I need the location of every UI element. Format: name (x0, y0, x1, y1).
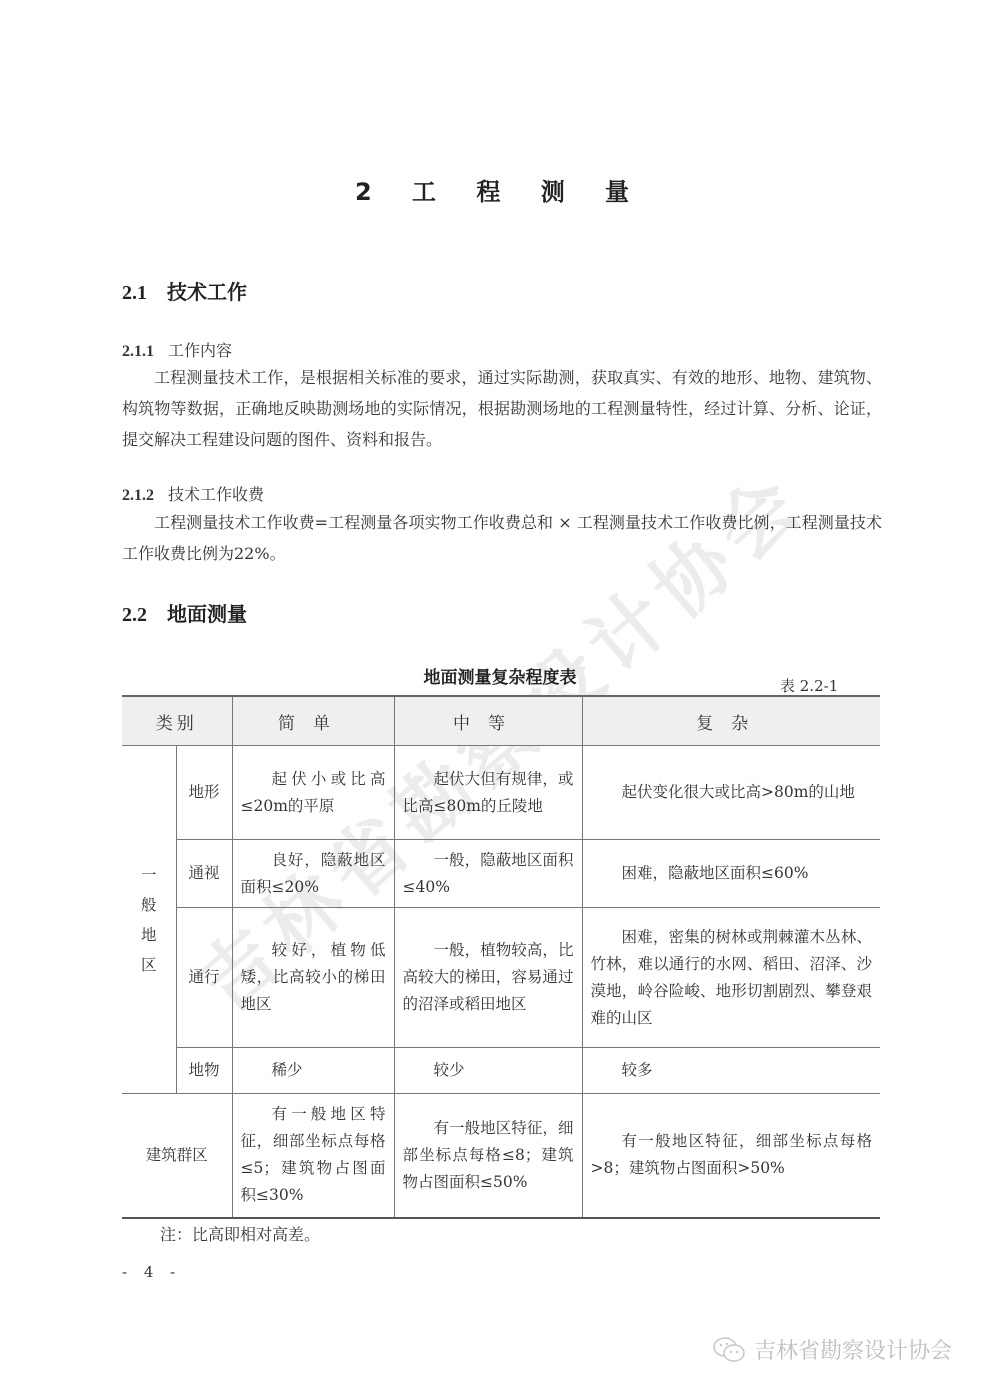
subsection-heading-2-1-1: 2.1.1工作内容 (122, 338, 232, 361)
cell-simple: 较好，植物低矮，比高较小的梯田地区 (232, 908, 394, 1048)
row-label-visibility: 通视 (176, 840, 232, 908)
footer-brand: 吉林省勘察设计协会 (712, 1334, 952, 1365)
table-row: 通视 良好，隐蔽地区面积≤20% 一般，隐蔽地区面积≤40% 困难，隐蔽地区面积… (122, 840, 880, 908)
wechat-icon (712, 1336, 746, 1364)
cell-complex: 困难，密集的树林或荆棘灌木丛林、竹林，难以通行的水网、稻田、沼泽、沙漠地，岭谷险… (582, 908, 880, 1048)
cell-simple: 良好，隐蔽地区面积≤20% (232, 840, 394, 908)
table-row: 一 般 地 区 地形 起伏小或比高≤20m的平原 起伏大但有规律，或比高≤80m… (122, 746, 880, 840)
cell-complex: 起伏变化很大或比高>80m的山地 (582, 746, 880, 840)
cell-medium: 有一般地区特征，细部坐标点每格≤8；建筑物占图面积≤50% (394, 1094, 582, 1218)
page-number: - 4 - (122, 1263, 181, 1281)
header-complex: 复杂 (582, 696, 880, 746)
header-simple: 简单 (232, 696, 394, 746)
table-number: 表 2.2-1 (780, 675, 838, 696)
table-row: 建筑群区 有一般地区特征，细部坐标点每格≤5；建筑物占图面积≤30% 有一般地区… (122, 1094, 880, 1218)
footer-brand-text: 吉林省勘察设计协会 (754, 1334, 952, 1365)
cell-medium: 起伏大但有规律，或比高≤80m的丘陵地 (394, 746, 582, 840)
table-row: 通行 较好，植物低矮，比高较小的梯田地区 一般，植物较高，比高较大的梯田，容易通… (122, 908, 880, 1048)
table-row: 地物 稀少 较少 较多 (122, 1048, 880, 1094)
row-label-passability: 通行 (176, 908, 232, 1048)
section-title: 地面测量 (167, 602, 247, 626)
cell-medium: 一般，隐蔽地区面积≤40% (394, 840, 582, 908)
section-heading-2-2: 2.2地面测量 (122, 598, 247, 627)
cell-medium: 一般，植物较高，比高较大的梯田，容易通过的沼泽或稻田地区 (394, 908, 582, 1048)
complexity-table: 类别 简单 中等 复杂 一 般 地 区 地形 起伏小或比高≤20m的平原 起伏大… (122, 695, 880, 1219)
group-general-area: 一 般 地 区 (122, 746, 176, 1094)
section-title: 技术工作 (167, 280, 247, 304)
section-number: 2.2 (122, 604, 147, 626)
cell-complex: 较多 (582, 1048, 880, 1094)
table-title: 地面测量复杂程度表 (0, 663, 1000, 688)
paragraph-fee: 工程测量技术工作收费=工程测量各项实物工作收费总和 × 工程测量技术工作收费比例… (122, 507, 882, 569)
table-header-row: 类别 简单 中等 复杂 (122, 696, 880, 746)
subsection-heading-2-1-2: 2.1.2技术工作收费 (122, 482, 264, 505)
subsection-title: 工作内容 (168, 341, 232, 360)
cell-simple: 稀少 (232, 1048, 394, 1094)
table-note: 注：比高即相对高差。 (160, 1222, 320, 1245)
section-heading-2-1: 2.1技术工作 (122, 276, 247, 305)
cell-complex: 困难，隐蔽地区面积≤60% (582, 840, 880, 908)
cell-complex: 有一般地区特征，细部坐标点每格>8；建筑物占图面积>50% (582, 1094, 880, 1218)
subsection-number: 2.1.2 (122, 487, 154, 504)
chapter-title: 2 工 程 测 量 (0, 172, 1000, 207)
subsection-number: 2.1.1 (122, 343, 154, 360)
subsection-title: 技术工作收费 (168, 485, 264, 504)
row-label-terrain: 地形 (176, 746, 232, 840)
cell-simple: 有一般地区特征，细部坐标点每格≤5；建筑物占图面积≤30% (232, 1094, 394, 1218)
section-number: 2.1 (122, 282, 147, 304)
header-medium: 中等 (394, 696, 582, 746)
row-label-features: 地物 (176, 1048, 232, 1094)
row-label-building-area: 建筑群区 (122, 1094, 232, 1218)
cell-medium: 较少 (394, 1048, 582, 1094)
paragraph-work-content: 工程测量技术工作，是根据相关标准的要求，通过实际勘测，获取真实、有效的地形、地物… (122, 362, 882, 455)
header-category: 类别 (122, 696, 232, 746)
cell-simple: 起伏小或比高≤20m的平原 (232, 746, 394, 840)
